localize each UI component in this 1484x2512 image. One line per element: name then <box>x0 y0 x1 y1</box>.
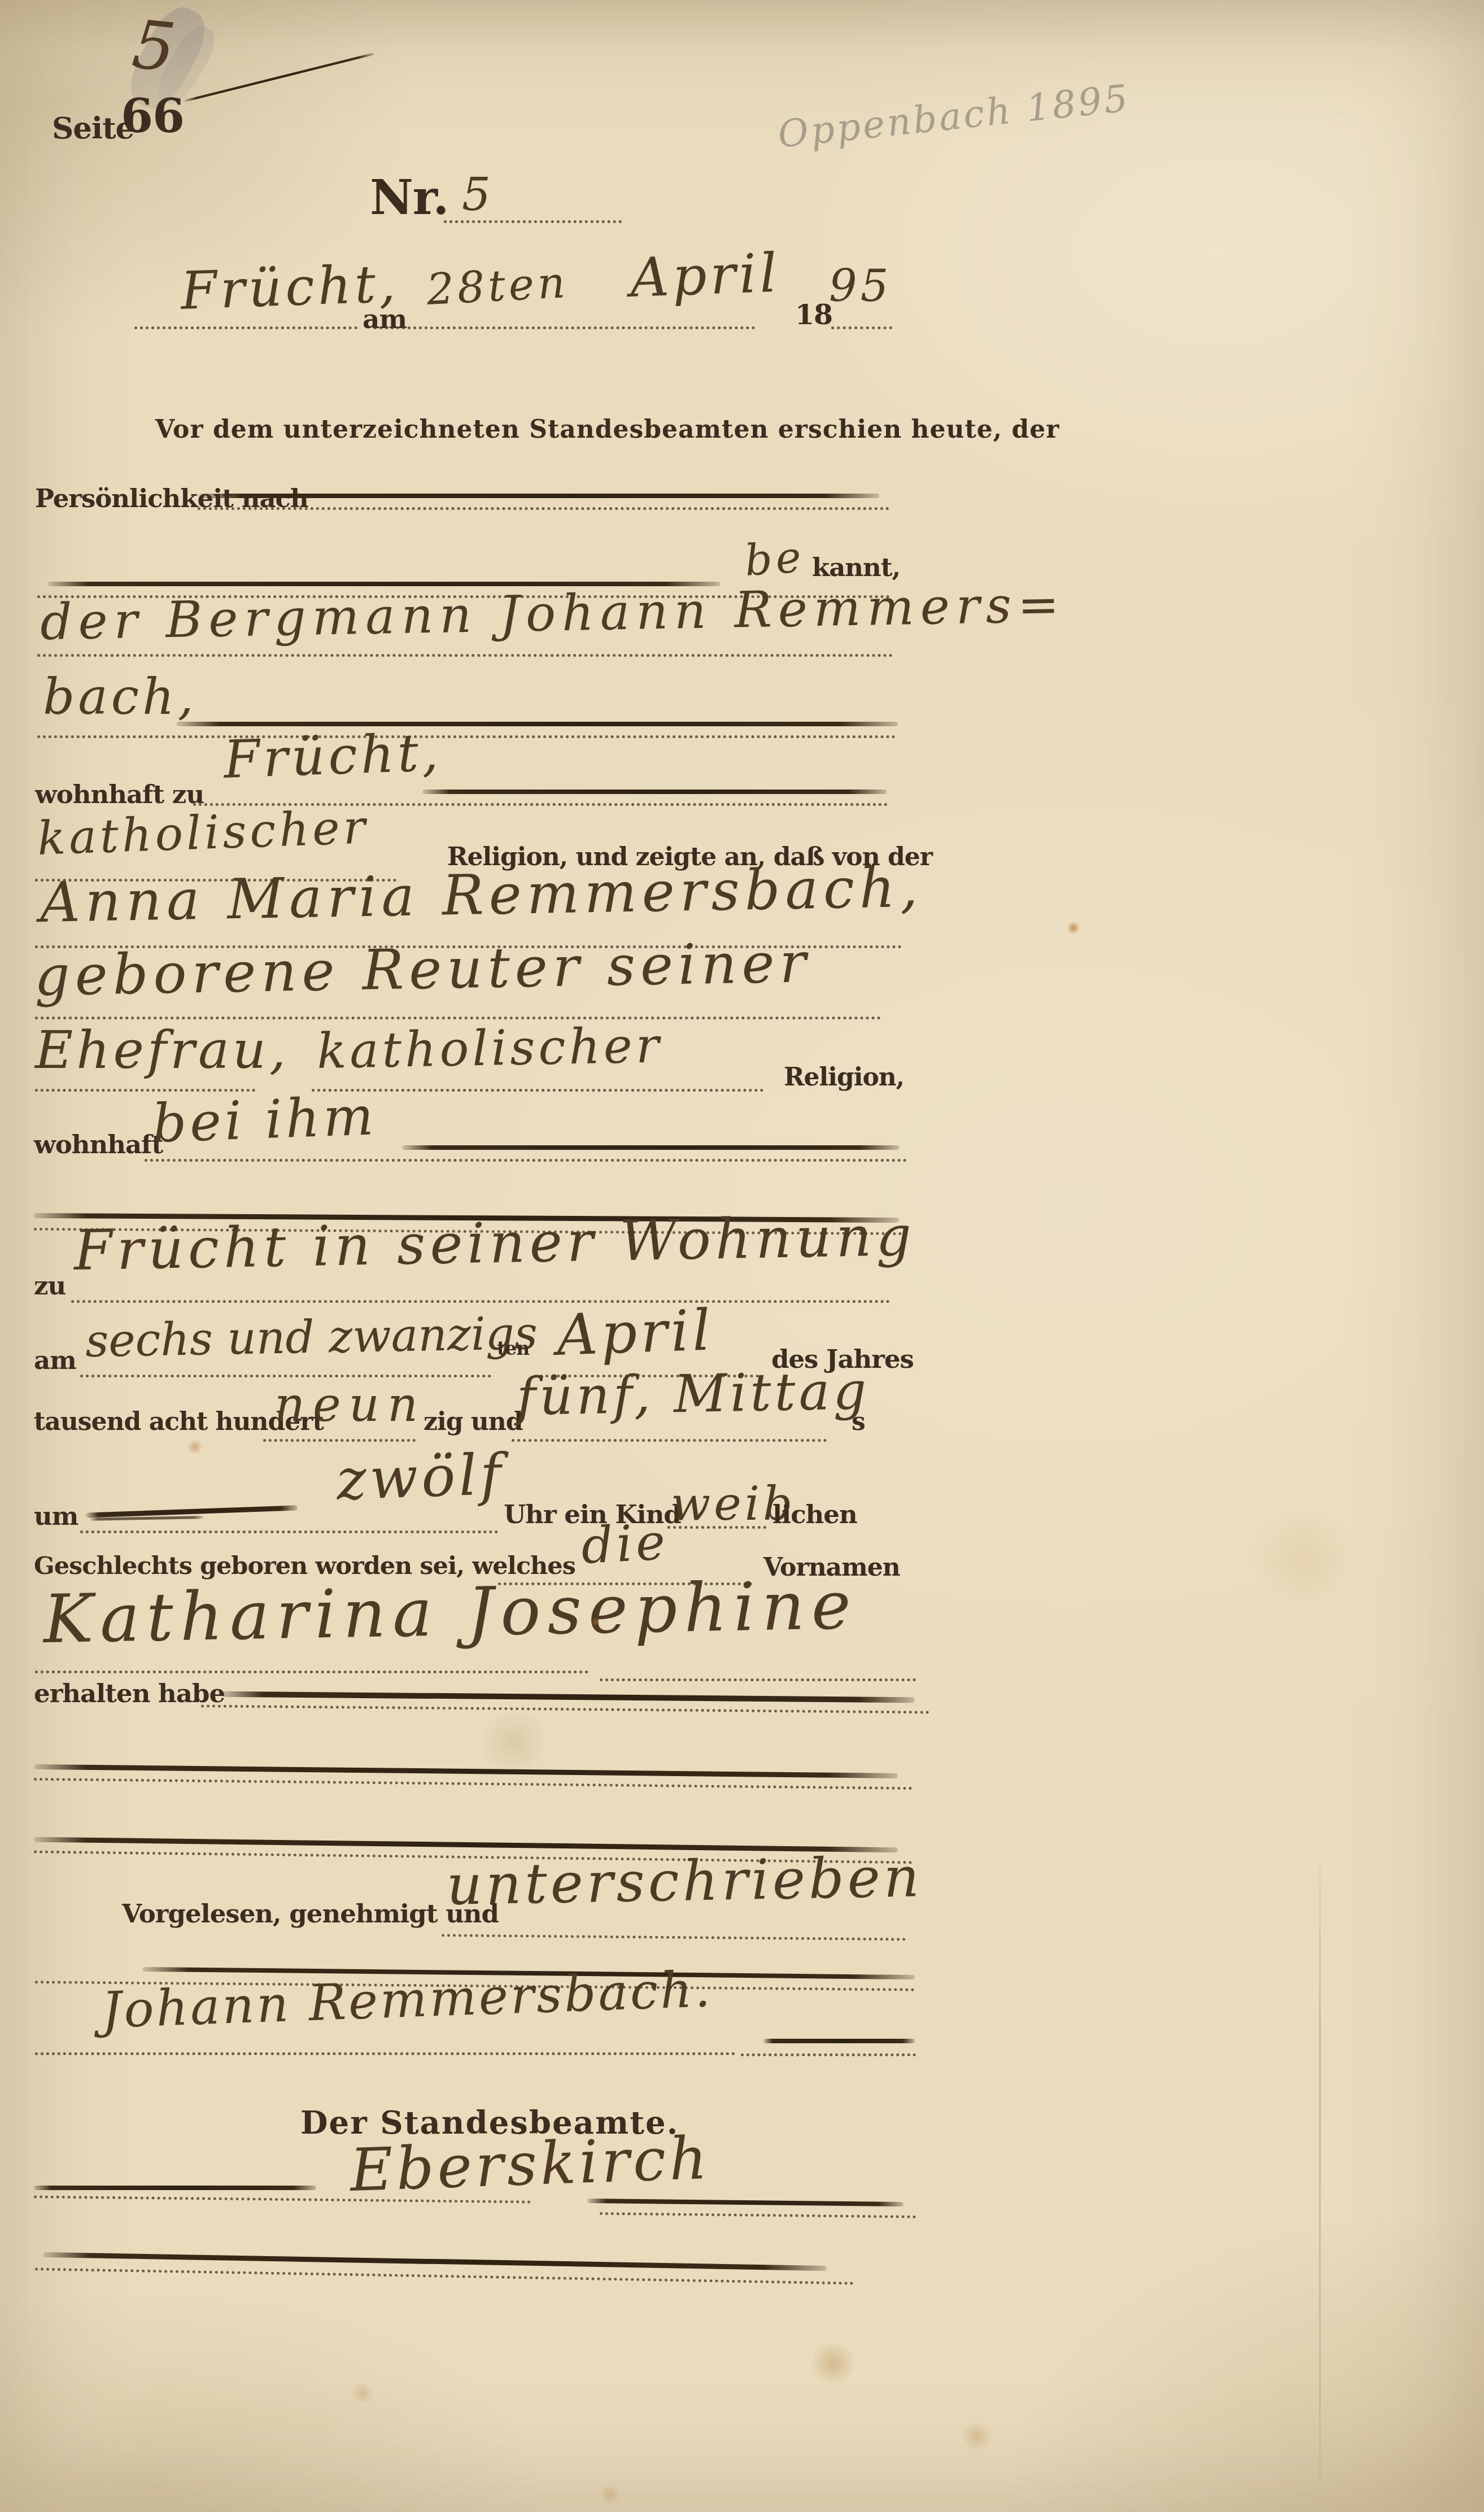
lichen-label: lichen <box>772 1499 857 1529</box>
ink-stroke <box>763 2039 915 2043</box>
soft-stain <box>1242 1514 1367 1604</box>
mother-maiden: geborene Reuter seiner <box>34 931 811 1009</box>
declarant-line1: der Bergmann Johann Remmers= <box>40 575 1066 651</box>
dotted-rule <box>512 1439 827 1442</box>
dotted-rule <box>600 1678 916 1681</box>
fox-stain <box>1066 922 1081 934</box>
dotted-rule <box>201 1704 929 1713</box>
am2-label: am <box>34 1345 76 1375</box>
record-number-value: 5 <box>462 168 494 221</box>
pencil-note: Oppenbach 1895 <box>776 76 1132 156</box>
date-century: 18 <box>795 298 832 331</box>
dotted-rule <box>134 326 357 329</box>
page-number: 66 <box>121 89 184 143</box>
declarant-line2: bach, <box>43 668 197 726</box>
um-label: um <box>34 1501 78 1531</box>
ink-stroke <box>587 2199 904 2206</box>
ink-stroke <box>199 494 879 498</box>
dotted-rule <box>37 654 893 657</box>
ink-stroke <box>34 2186 316 2190</box>
ink-stroke <box>43 2252 827 2271</box>
fox-stain <box>350 2383 375 2404</box>
fox-stain <box>186 1440 203 1454</box>
dotted-rule <box>34 1778 913 1790</box>
dotted-rule <box>263 1439 416 1442</box>
fox-stain <box>599 2485 621 2504</box>
mother-residence: bei ihm <box>151 1085 378 1155</box>
ink-stroke <box>221 1691 915 1703</box>
wohnhaft-zu-label: wohnhaft zu <box>35 779 204 809</box>
fox-stain <box>960 2423 994 2450</box>
year-time-hand: fünf, Mittag <box>516 1360 870 1427</box>
soft-stain <box>474 1711 553 1773</box>
paper-crease <box>1319 1830 1321 2512</box>
decade-hand: neun <box>274 1377 426 1432</box>
ten-superscript: ten <box>497 1337 529 1359</box>
am-label: am <box>363 304 407 335</box>
dotted-rule <box>35 1671 588 1673</box>
unterschrieben-hand: unterschrieben <box>446 1845 923 1918</box>
fox-stain <box>808 2344 858 2383</box>
dotted-rule <box>35 2267 854 2284</box>
zig-und-label: zig und <box>424 1407 523 1436</box>
dotted-rule <box>667 1526 766 1529</box>
child-name: Katharina Josephine <box>43 1566 858 1658</box>
ink-stroke <box>402 1145 899 1150</box>
intro-text: Vor dem unterzeichneten Standesbeamten e… <box>155 415 1059 444</box>
declarant-residence: Frücht, <box>222 722 443 790</box>
dotted-rule <box>35 2052 735 2055</box>
birth-day-hand: sechs und zwanzigs <box>85 1307 538 1367</box>
record-number-label: Nr. <box>370 169 449 225</box>
ink-stroke <box>422 790 887 794</box>
declarant-religion: katholischer <box>37 801 370 866</box>
ink-stroke <box>176 722 898 726</box>
dotted-rule <box>374 326 755 329</box>
date-year: 95 <box>829 261 892 312</box>
birth-month: April <box>556 1297 715 1368</box>
dotted-rule <box>71 1300 890 1303</box>
corner-entry-number: 5 <box>129 5 182 88</box>
date-month: April <box>629 242 781 309</box>
document-page: 5 Seite 66 Oppenbach 1895 Nr. 5 Frücht, … <box>0 0 1484 2512</box>
be-hand: be <box>743 531 806 586</box>
mother-role: Ehefrau, <box>35 1020 289 1080</box>
registrar-signature: Eberskirch <box>349 2123 712 2205</box>
date-day: 28ten <box>425 257 569 315</box>
dotted-rule <box>831 326 892 329</box>
dotted-rule <box>442 1934 906 1940</box>
erhalten-label: erhalten habe <box>34 1678 225 1708</box>
dotted-rule <box>600 2212 916 2218</box>
s-printed: s <box>852 1407 865 1436</box>
vorgelesen-label: Vorgelesen, genehmigt und <box>122 1899 499 1929</box>
dotted-rule <box>444 220 622 223</box>
dotted-rule <box>145 1159 907 1162</box>
dotted-rule <box>80 1530 498 1533</box>
zu-label: zu <box>34 1271 66 1301</box>
mother-name: Anna Maria Remmersbach, <box>40 856 923 935</box>
dotted-rule <box>198 507 889 510</box>
hour-hand: zwölf <box>335 1441 505 1513</box>
dotted-rule <box>37 735 896 738</box>
dotted-rule <box>312 1089 763 1092</box>
die-hand: die <box>580 1512 670 1575</box>
dotted-rule <box>35 1017 881 1019</box>
corner-slash <box>185 53 374 102</box>
wohnhaft-label: wohnhaft <box>34 1129 163 1159</box>
religion-label: Religion, <box>784 1063 904 1092</box>
ink-stroke <box>34 1764 898 1778</box>
mother-religion: katholischer <box>316 1017 662 1080</box>
dotted-rule <box>741 2053 916 2056</box>
